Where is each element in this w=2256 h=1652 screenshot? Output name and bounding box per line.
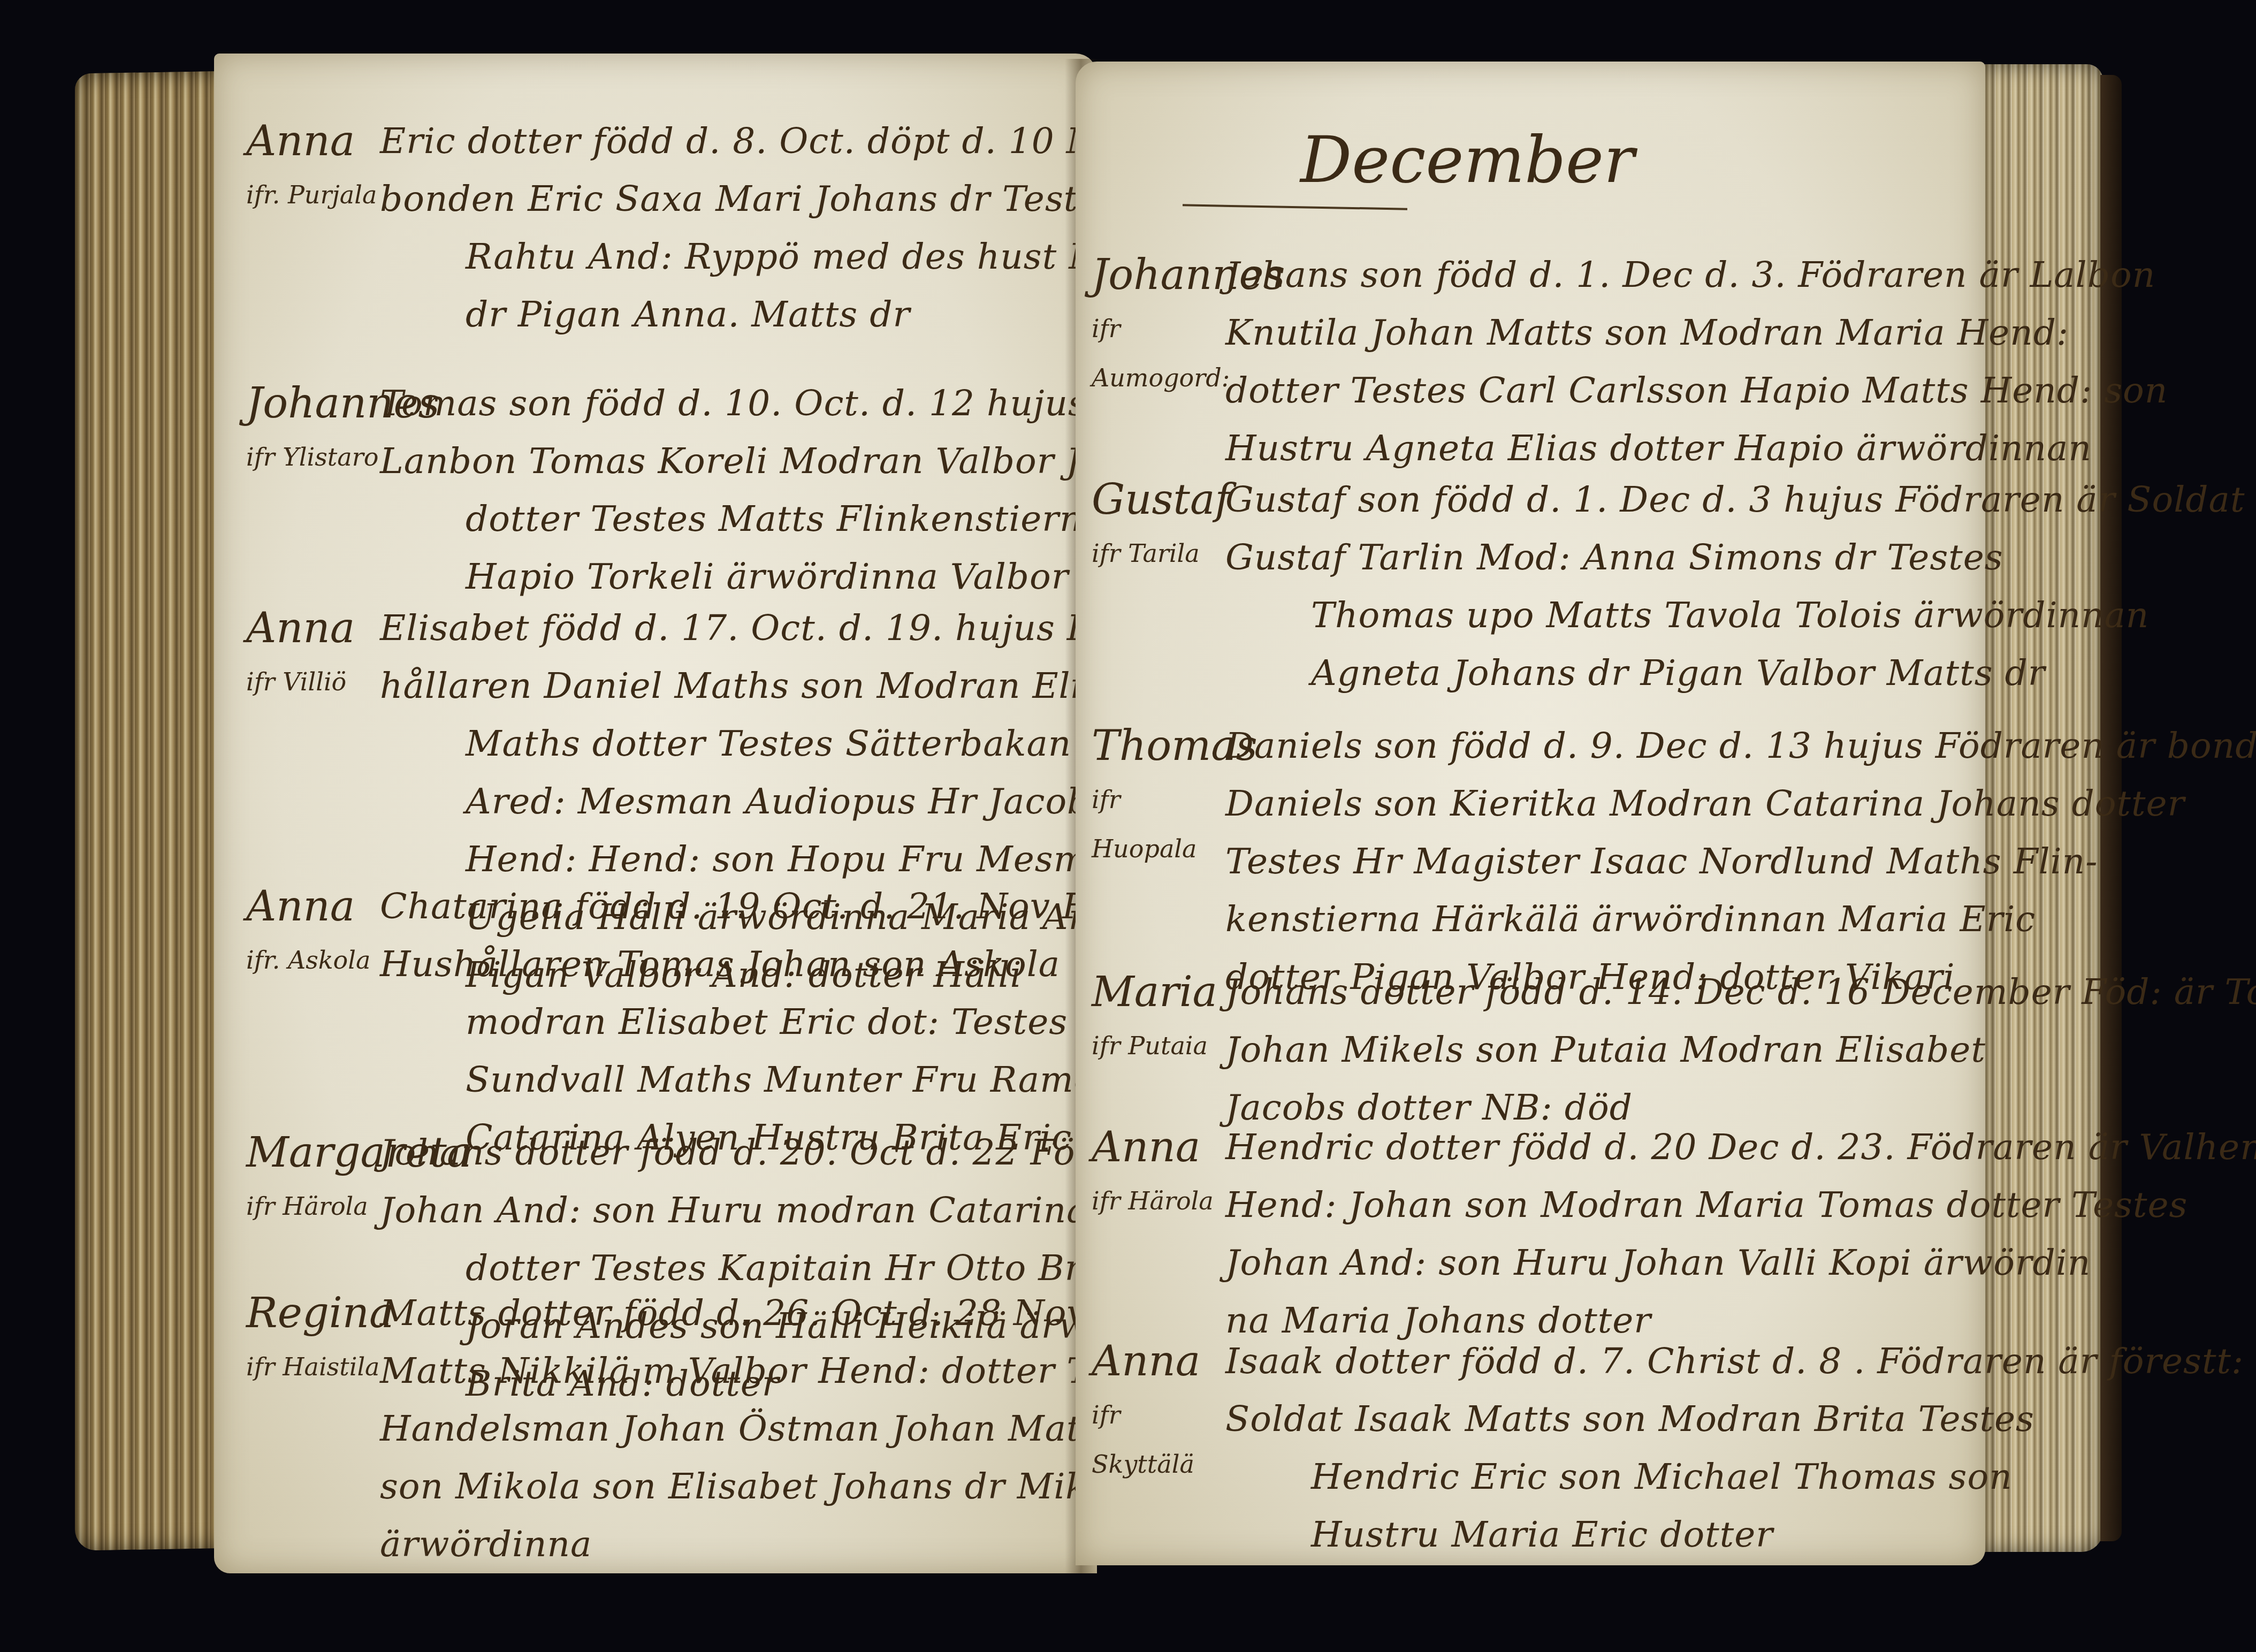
entry-text: Matts dotter född d. 26. Oct d. 28 Nov. … bbox=[380, 1284, 1081, 1573]
entry-line: Isaak dotter född d. 7. Christ d. 8 . Fö… bbox=[1225, 1333, 1969, 1390]
entry-line: Gustaf son född d. 1. Dec d. 3 hujus Föd… bbox=[1225, 471, 1969, 529]
place-name: ifr. Askola bbox=[246, 946, 370, 975]
child-name: Margareta bbox=[246, 1124, 385, 1182]
child-name: Anna bbox=[246, 599, 385, 657]
place-name: ifr. Purjala bbox=[246, 180, 377, 209]
entry-line: Agneta Johans dr Pigan Valbor Matts dr bbox=[1225, 644, 1969, 702]
child-name: Johannes bbox=[1092, 246, 1231, 304]
entry-margin: Thomas ifr Huopala bbox=[1092, 717, 1231, 873]
left-page-edges bbox=[75, 71, 235, 1550]
entry-margin: Maria ifr Putaia bbox=[1092, 963, 1231, 1070]
entry-line: Sundvall Maths Munter Fru Ramenius bbox=[380, 1051, 1081, 1109]
open-register-book: Anna ifr. Purjala Eric dotter född d. 8.… bbox=[0, 0, 2256, 1652]
entry-line: Knutila Johan Matts son Modran Maria Hen… bbox=[1225, 304, 1969, 362]
place-name: ifr Härola bbox=[246, 1192, 368, 1221]
baptism-entry: Anna ifr. Purjala Eric dotter född d. 8.… bbox=[246, 112, 1081, 364]
child-name: Anna bbox=[246, 112, 385, 170]
entry-line: Soldat Isaak Matts son Modran Brita Test… bbox=[1225, 1390, 1969, 1448]
child-name: Johannes bbox=[246, 375, 385, 432]
entry-text: Gustaf son född d. 1. Dec d. 3 hujus Föd… bbox=[1225, 471, 1969, 702]
place-name: ifr Huopala bbox=[1092, 785, 1196, 863]
entry-line: Hendric dotter född d. 20 Dec d. 23. Föd… bbox=[1225, 1118, 1969, 1176]
baptism-entry: Gustaf ifr Tarila Gustaf son född d. 1. … bbox=[1092, 471, 1969, 701]
entry-line: dotter Testes Carl Carlsson Hapio Matts … bbox=[1225, 362, 1969, 420]
entry-line: Eric dotter född d. 8. Oct. döpt d. 10 N… bbox=[380, 112, 1081, 170]
month-heading: December bbox=[1300, 123, 1634, 197]
place-name: ifr Putaia bbox=[1092, 1031, 1208, 1060]
entry-line: Hend: Johan son Modran Maria Tomas dotte… bbox=[1225, 1176, 1969, 1234]
entry-line: dr Pigan Anna. Matts dr bbox=[380, 286, 1081, 344]
child-name: Thomas bbox=[1092, 717, 1231, 775]
entry-line: modran Elisabet Eric dot: Testes Hr Math… bbox=[380, 993, 1081, 1051]
baptism-entry: Anna ifr Härola Hendric dotter född d. 2… bbox=[1092, 1118, 1969, 1354]
entry-line: son Mikola son Elisabet Johans dr Mikola bbox=[380, 1458, 1081, 1516]
place-name: ifr Villiö bbox=[246, 667, 346, 696]
baptism-entry: Johannes ifr Aumogord: Johans son född d… bbox=[1092, 246, 1969, 476]
entry-line: bonden Eric Saxa Mari Johans dr Testes M… bbox=[380, 170, 1081, 228]
entry-text: Hendric dotter född d. 20 Dec d. 23. Föd… bbox=[1225, 1118, 1969, 1350]
entry-line: Chatarina född d. 19 Oct. d. 21. Nov Föd… bbox=[380, 878, 1081, 935]
entry-text: Isaak dotter född d. 7. Christ d. 8 . Fö… bbox=[1225, 1333, 1969, 1564]
entry-margin: Anna ifr. Askola bbox=[246, 878, 385, 985]
entry-margin: Margareta ifr Härola bbox=[246, 1124, 385, 1231]
entry-margin: Johannes ifr Aumogord: bbox=[1092, 246, 1231, 402]
entry-line: Handelsman Johan Östman Johan Matts bbox=[380, 1400, 1081, 1458]
entry-line: dotter Testes Matts Flinkenstierna Carl bbox=[380, 490, 1081, 548]
entry-line: hållaren Daniel Maths son Modran Elisabe… bbox=[380, 657, 1081, 715]
entry-line: Hapio Torkeli ärwördinna Valbor Daniels … bbox=[380, 548, 1081, 606]
entry-line: ärwördinna bbox=[380, 1516, 1081, 1573]
entry-line: Tomas son född d. 10. Oct. d. 12 hujus F… bbox=[380, 375, 1081, 432]
entry-text: Johans dotter född d. 14. Dec d. 16 Dece… bbox=[1225, 963, 1969, 1137]
baptism-entry: Thomas ifr Huopala Daniels son född d. 9… bbox=[1092, 717, 1969, 1006]
child-name: Anna bbox=[1092, 1118, 1231, 1176]
entry-line: Daniels son född d. 9. Dec d. 13 hujus F… bbox=[1225, 717, 1969, 775]
left-page: Anna ifr. Purjala Eric dotter född d. 8.… bbox=[214, 54, 1097, 1573]
entry-line: Lanbon Tomas Koreli Modran Valbor Johans bbox=[380, 432, 1081, 490]
entry-line: Thomas upo Matts Tavola Tolois ärwördinn… bbox=[1225, 587, 1969, 644]
entry-line: Hustru Maria Eric dotter bbox=[1225, 1506, 1969, 1564]
entry-line: Matts Nikkilä m Valbor Hend: dotter Test… bbox=[380, 1342, 1081, 1400]
entry-line: Rahtu And: Ryppö med des hust Mari Simon… bbox=[380, 228, 1081, 286]
entry-margin: Anna ifr. Purjala bbox=[246, 112, 385, 219]
child-name: Anna bbox=[1092, 1333, 1231, 1390]
entry-margin: Anna ifr Villiö bbox=[246, 599, 385, 706]
entry-line: Johans dotter född d. 14. Dec d. 16 Dece… bbox=[1225, 963, 1969, 1021]
entry-line: Gustaf Tarlin Mod: Anna Simons dr Testes bbox=[1225, 529, 1969, 587]
entry-line: Johans son född d. 1. Dec d. 3. Födraren… bbox=[1225, 246, 1969, 304]
child-name: Anna bbox=[246, 878, 385, 935]
entry-text: Chatarina född d. 19 Oct. d. 21. Nov Föd… bbox=[380, 878, 1081, 1167]
baptism-entry: Johannes ifr Ylistaro Tomas son född d. … bbox=[246, 375, 1081, 605]
entry-text: Eric dotter född d. 8. Oct. döpt d. 10 N… bbox=[380, 112, 1081, 344]
entry-line: kenstierna Härkälä ärwördinnan Maria Eri… bbox=[1225, 890, 1969, 948]
place-name: ifr Tarila bbox=[1092, 539, 1200, 568]
entry-margin: Johannes ifr Ylistaro bbox=[246, 375, 385, 482]
place-name: ifr Skyttälä bbox=[1092, 1400, 1194, 1479]
entry-text: Tomas son född d. 10. Oct. d. 12 hujus F… bbox=[380, 375, 1081, 606]
baptism-entry: Maria ifr Putaia Johans dotter född d. 1… bbox=[1092, 963, 1969, 1140]
place-name: ifr Haistila bbox=[246, 1352, 380, 1381]
entry-margin: Regina ifr Haistila bbox=[246, 1284, 385, 1391]
entry-line: Ared: Mesman Audiopus Hr Jacob Vilenjus bbox=[380, 773, 1081, 831]
place-name: ifr Aumogord: bbox=[1092, 314, 1230, 392]
entry-line: Johan Mikels son Putaia Modran Elisabet bbox=[1225, 1021, 1969, 1079]
entry-line: Testes Hr Magister Isaac Nordlund Maths … bbox=[1225, 833, 1969, 890]
entry-margin: Gustaf ifr Tarila bbox=[1092, 471, 1231, 578]
entry-line: Daniels son Kieritka Modran Catarina Joh… bbox=[1225, 775, 1969, 833]
child-name: Regina bbox=[246, 1284, 385, 1342]
entry-line: Maths dotter Testes Sätterbakan Hr Bernd… bbox=[380, 715, 1081, 773]
entry-line: Johan And: son Huru Johan Valli Kopi ärw… bbox=[1225, 1234, 1969, 1292]
entry-line: Elisabet född d. 17. Oct. d. 19. hujus F… bbox=[380, 599, 1081, 657]
entry-text: Johans son född d. 1. Dec d. 3. Födraren… bbox=[1225, 246, 1969, 477]
entry-line: Hushållaren Tomas Johan son Askola bbox=[380, 935, 1081, 993]
entry-line: Johans dotter född d. 20. Oct d. 22 Föd:… bbox=[380, 1124, 1081, 1182]
entry-margin: Anna ifr Skyttälä bbox=[1092, 1333, 1231, 1489]
child-name: Maria bbox=[1092, 963, 1231, 1021]
entry-line: Matts dotter född d. 26. Oct d. 28 Nov. … bbox=[380, 1284, 1081, 1342]
baptism-entry: Anna ifr Skyttälä Isaak dotter född d. 7… bbox=[1092, 1333, 1969, 1568]
baptism-entry: Regina ifr Haistila Matts dotter född d.… bbox=[246, 1284, 1081, 1584]
entry-line: Hendric Eric son Michael Thomas son bbox=[1225, 1448, 1969, 1506]
entry-line: Hustru Agneta Elias dotter Hapio ärwördi… bbox=[1225, 420, 1969, 477]
place-name: ifr Härola bbox=[1092, 1186, 1214, 1215]
entry-margin: Anna ifr Härola bbox=[1092, 1118, 1231, 1225]
entry-line: Johan And: son Huru modran Catarina Jaco… bbox=[380, 1182, 1081, 1239]
place-name: ifr Ylistaro bbox=[246, 443, 378, 471]
child-name: Gustaf bbox=[1092, 471, 1231, 529]
entry-text: Daniels son född d. 9. Dec d. 13 hujus F… bbox=[1225, 717, 1969, 1006]
